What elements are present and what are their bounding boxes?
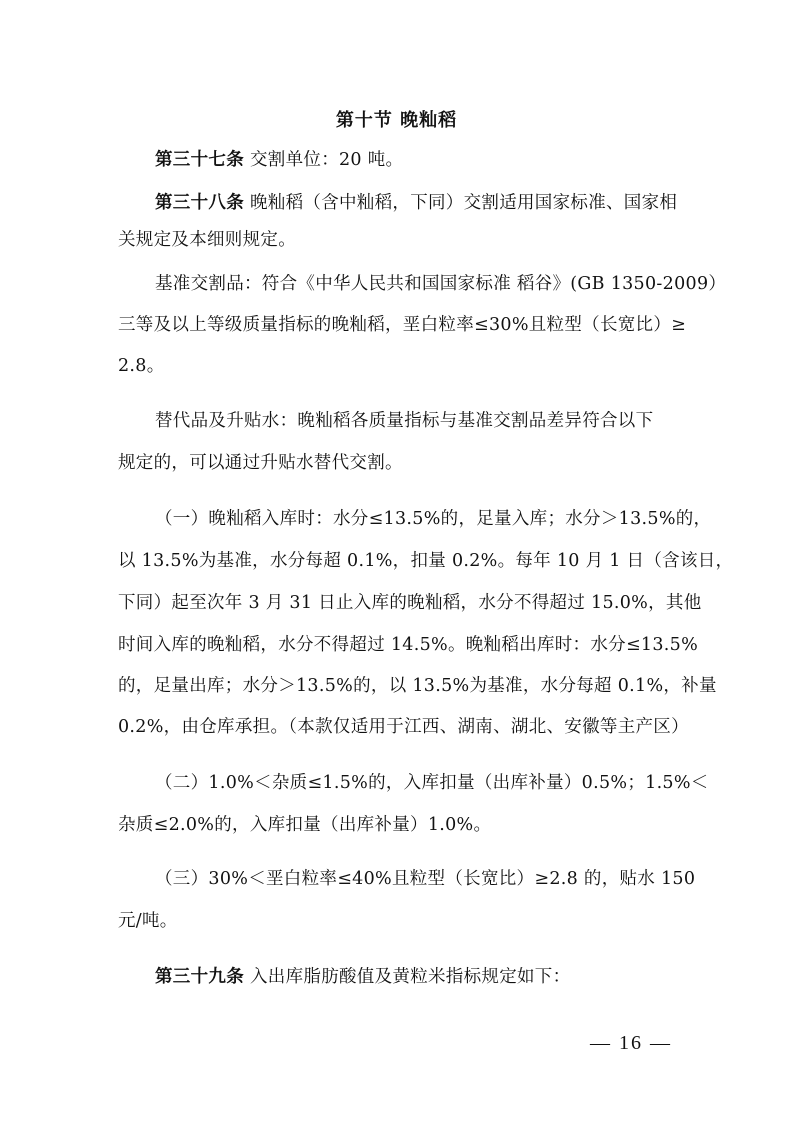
section-title: 第十节 晚籼稻 <box>0 106 793 132</box>
page-number: — 16 — <box>590 1032 672 1055</box>
article-37: 第三十七条交割单位：20 吨。 <box>155 148 677 172</box>
item-2-line-1: （二）1.0%＜杂质≤1.5%的，入库扣量（出库补量）0.5%；1.5%＜ <box>155 771 677 795</box>
article-38-text: 晚籼稻（含中籼稻，下同）交割适用国家标准、国家相 <box>250 193 677 213</box>
item-1-line-2: 以 13.5%为基准，水分每超 0.1%，扣量 0.2%。每年 10 月 1 日… <box>118 549 678 573</box>
item-1-line-3: 下同）起至次年 3 月 31 日止入库的晚籼稻，水分不得超过 15.0%，其他 <box>118 591 678 615</box>
article-38-line-1: 第三十八条晚籼稻（含中籼稻，下同）交割适用国家标准、国家相 <box>155 191 677 215</box>
substitutes-line-2: 规定的，可以通过升贴水替代交割。 <box>118 451 678 475</box>
benchmark-line-1: 基准交割品：符合《中华人民共和国国家标准 稻谷》(GB 1350-2009） <box>155 272 677 296</box>
item-3-line-1: （三）30%＜垩白粒率≤40%且粒型（长宽比）≥2.8 的，贴水 150 <box>155 867 677 891</box>
benchmark-line-2: 三等及以上等级质量指标的晚籼稻，垩白粒率≤30%且粒型（长宽比）≥ <box>118 313 678 337</box>
document-page: 第十节 晚籼稻 第三十七条交割单位：20 吨。 第三十八条晚籼稻（含中籼稻，下同… <box>0 0 793 1122</box>
article-38-label: 第三十八条 <box>155 193 244 213</box>
item-1-line-5: 的，足量出库；水分＞13.5%的，以 13.5%为基准，水分每超 0.1%，补量 <box>118 674 678 698</box>
substitutes-line-1: 替代品及升贴水：晚籼稻各质量指标与基准交割品差异符合以下 <box>155 409 677 433</box>
article-39: 第三十九条入出库脂肪酸值及黄粒米指标规定如下： <box>155 965 677 989</box>
item-2-line-2: 杂质≤2.0%的，入库扣量（出库补量）1.0%。 <box>118 813 678 837</box>
article-37-label: 第三十七条 <box>155 150 244 170</box>
article-37-text: 交割单位：20 吨。 <box>250 150 403 170</box>
item-1-line-4: 时间入库的晚籼稻，水分不得超过 14.5%。晚籼稻出库时：水分≤13.5% <box>118 633 678 657</box>
benchmark-line-3: 2.8。 <box>118 354 678 378</box>
article-39-label: 第三十九条 <box>155 967 244 987</box>
item-1-line-1: （一）晚籼稻入库时：水分≤13.5%的，足量入库；水分＞13.5%的， <box>155 507 677 531</box>
item-3-line-2: 元/吨。 <box>118 909 678 933</box>
article-38-line-2: 关规定及本细则规定。 <box>118 228 678 252</box>
article-39-text: 入出库脂肪酸值及黄粒米指标规定如下： <box>250 967 570 987</box>
item-1-line-6: 0.2%，由仓库承担。（本款仅适用于江西、湖南、湖北、安徽等主产区） <box>118 715 678 739</box>
